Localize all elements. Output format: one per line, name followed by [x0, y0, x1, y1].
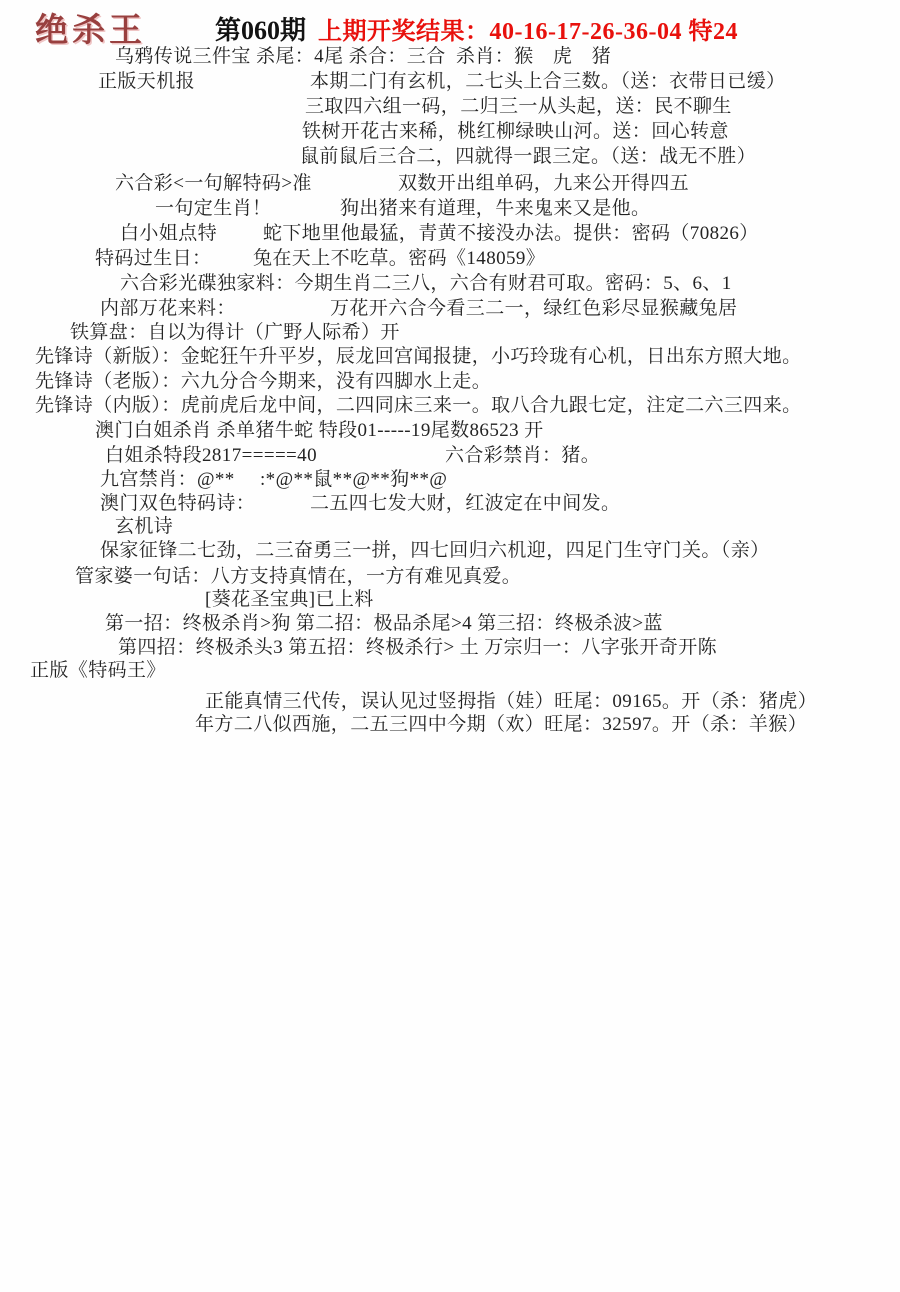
text-line-27: 正能真情三代传，误认见过竖拇指（娃）旺尾：09165。开（杀：猪虎） — [205, 690, 817, 713]
text-line-17-seg-1: 白姐杀特段2817=====40 — [105, 444, 317, 467]
text-line-13: 先锋诗（新版）：金蛇狂午升平岁，辰龙回宫闻报捷，小巧玲珑有心机，日出东方照大地。 — [35, 345, 802, 368]
text-line-15: 先锋诗（内版）：虎前虎后龙中间，二四同床三来一。取八合九跟七定，注定二六三四来。 — [35, 394, 802, 417]
text-line-12: 铁算盘：自以为得计（广野人际希）开 — [70, 321, 400, 344]
text-line-8-seg-1: 白小姐点特 — [120, 222, 217, 245]
text-line-6-seg-2: 双数开出组单码，九来公开得四五 — [398, 172, 689, 195]
text-line-14: 先锋诗（老版）：六九分合今期来，没有四脚水上走。 — [35, 370, 491, 393]
text-line-16: 澳门白姐杀肖 杀单猪牛蛇 特段01-----19尾数86523 开 — [95, 419, 544, 442]
text-line-2-seg-1: 正版天机报 — [98, 70, 195, 93]
text-line-18-seg-2: :*@**鼠**@**狗**@ — [260, 468, 447, 491]
text-line-22: 管家婆一句话：八方支持真情在，一方有难见真爱。 — [75, 565, 521, 588]
text-line-4: 铁树开花古来稀，桃红柳绿映山河。送：回心转意 — [302, 120, 729, 143]
text-line-19-seg-2: 二五四七发大财，红波定在中间发。 — [310, 492, 620, 515]
text-line-11-seg-2: 万花开六合今看三二一，绿红色彩尽显猴藏兔居 — [330, 297, 737, 320]
text-line-8-seg-2: 蛇下地里他最猛，青黄不接没办法。提供：密码（70826） — [263, 222, 759, 245]
text-line-7-seg-2: 狗出猪来有道理，牛来鬼来又是他。 — [340, 197, 650, 220]
text-line-5: 鼠前鼠后三合二，四就得一跟三定。（送：战无不胜） — [300, 145, 756, 168]
text-line-21: 保家征锋二七劲，二三奋勇三一拼，四七回归六机迎，四足门生守门关。（亲） — [100, 539, 770, 562]
document-lines: 乌鸦传说三件宝 杀尾：4尾 杀合：三合 杀肖：猴 虎 猪正版天机报本期二门有玄机… — [0, 0, 900, 1292]
text-line-6-seg-1: 六合彩<一句解特码>准 — [115, 172, 312, 195]
text-line-18-seg-1: 九宫禁肖：@** — [100, 468, 235, 491]
text-line-11-seg-1: 内部万花来料： — [100, 297, 236, 320]
text-line-3: 三取四六组一码，二归三一从头起，送：民不聊生 — [305, 95, 732, 118]
text-line-20: 玄机诗 — [115, 515, 173, 538]
text-line-9-seg-1: 特码过生日： — [95, 247, 211, 270]
text-line-19-seg-1: 澳门双色特码诗： — [100, 492, 255, 515]
text-line-28: 年方二八似西施，二五三四中今期（欢）旺尾：32597。开（杀：羊猴） — [195, 713, 807, 736]
text-line-17-seg-2: 六合彩禁肖：猪。 — [445, 444, 600, 467]
text-line-10: 六合彩光碟独家料：今期生肖二三八，六合有财君可取。密码：5、6、1 — [120, 272, 732, 295]
text-line-23: [葵花圣宝典]已上料 — [205, 588, 374, 611]
text-line-2-seg-2: 本期二门有玄机，二七头上合三数。（送：衣带日已缓） — [310, 70, 786, 93]
lottery-tip-sheet-page: 绝杀王 第060期 上期开奖结果：40-16-17-26-36-04 特24 乌… — [0, 0, 900, 1292]
text-line-25: 第四招：终极杀头3 第五招：终极杀行> 土 万宗归一：八字张开奇开陈 — [118, 636, 717, 659]
text-line-24: 第一招：终极杀肖>狗 第二招：极品杀尾>4 第三招：终极杀波>蓝 — [105, 612, 663, 635]
text-line-9-seg-2: 兔在天上不吃草。密码《148059》 — [253, 247, 545, 270]
text-line-1: 乌鸦传说三件宝 杀尾：4尾 杀合：三合 杀肖：猴 虎 猪 — [115, 45, 611, 68]
text-line-26: 正版《特码王》 — [30, 659, 166, 682]
text-line-7-seg-1: 一句定生肖！ — [155, 197, 271, 220]
